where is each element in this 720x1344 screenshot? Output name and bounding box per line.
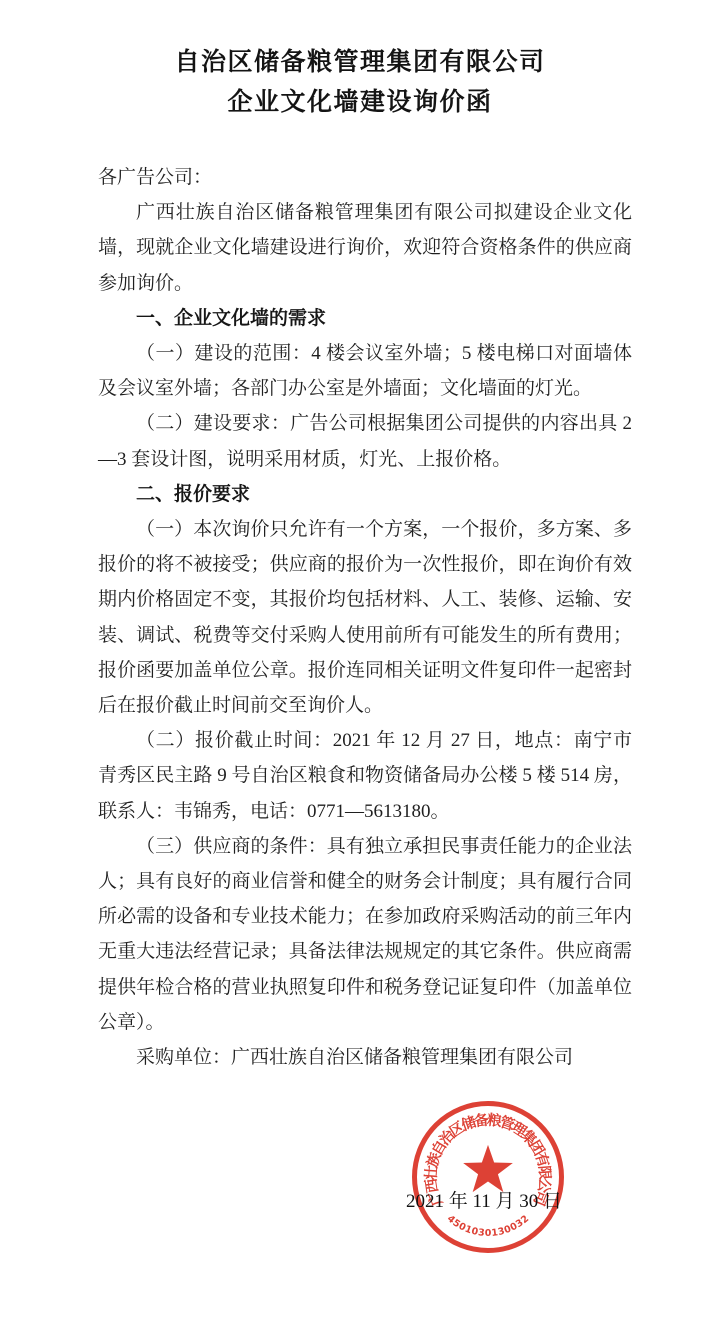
intro-paragraph: 广西壮族自治区储备粮管理集团有限公司拟建设企业文化墙，现就企业文化墙建设进行询价… bbox=[98, 195, 632, 301]
section2-item-3: （三）供应商的条件：具有独立承担民事责任能力的企业法人；具有良好的商业信誉和健全… bbox=[98, 829, 632, 1040]
document-body: 各广告公司： 广西壮族自治区储备粮管理集团有限公司拟建设企业文化墙，现就企业文化… bbox=[98, 160, 632, 1075]
section1-heading: 一、企业文化墙的需求 bbox=[98, 301, 632, 336]
document-date: 2021 年 11 月 30 日 bbox=[406, 1191, 562, 1213]
document-page: 自治区储备粮管理集团有限公司 企业文化墙建设询价函 各广告公司： 广西壮族自治区… bbox=[0, 0, 720, 1344]
section1-item-1: （一）建设的范围：4 楼会议室外墙；5 楼电梯口对面墙体及会议室外墙；各部门办公… bbox=[98, 336, 632, 406]
section1-item-2: （二）建设要求：广告公司根据集团公司提供的内容出具 2—3 套设计图，说明采用材… bbox=[98, 406, 632, 476]
section2-item-2: （二）报价截止时间：2021 年 12 月 27 日，地点：南宁市青秀区民主路 … bbox=[98, 723, 632, 829]
section2-heading: 二、报价要求 bbox=[98, 477, 632, 512]
purchaser-line: 采购单位：广西壮族自治区储备粮管理集团有限公司 bbox=[98, 1040, 632, 1075]
title-line-1: 自治区储备粮管理集团有限公司 bbox=[0, 42, 720, 82]
salutation: 各广告公司： bbox=[98, 160, 632, 195]
title-line-2: 企业文化墙建设询价函 bbox=[0, 82, 720, 122]
company-seal: 广西壮族自治区储备粮管理集团有限公司 4501030130032 bbox=[412, 1101, 564, 1253]
document-title: 自治区储备粮管理集团有限公司 企业文化墙建设询价函 bbox=[0, 0, 720, 122]
section2-item-1: （一）本次询价只允许有一个方案，一个报价，多方案、多报价的将不被接受；供应商的报… bbox=[98, 512, 632, 723]
seal-code-text: 4501030130032 bbox=[412, 1101, 564, 1253]
